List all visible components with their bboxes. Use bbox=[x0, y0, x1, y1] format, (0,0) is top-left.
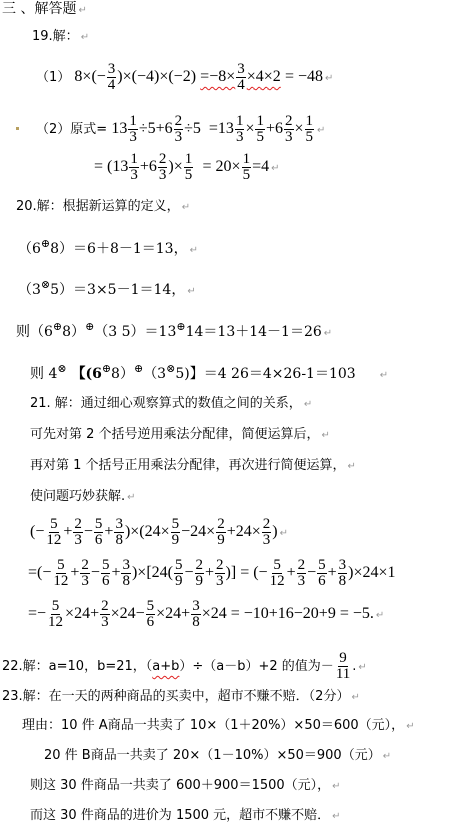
q21-label-text: 21. 解：通过细心观察算式的数值之间的关系， bbox=[30, 396, 302, 411]
section-title: 三 、解答题↵ bbox=[2, 1, 87, 19]
denominator: 3 bbox=[174, 130, 184, 145]
circled-plus-icon: ⊕ bbox=[85, 320, 94, 333]
math-text: = (13 bbox=[94, 158, 128, 175]
denominator: 5 bbox=[255, 130, 265, 145]
q20-label: 20.解：根据新运算的定义，↵ bbox=[16, 199, 190, 216]
circled-times-icon: ⊗ bbox=[41, 278, 50, 291]
math-text: × bbox=[245, 120, 254, 137]
spellcheck-underlined-expression: =−8×34×4×2 bbox=[200, 70, 281, 85]
part-label: （1） bbox=[36, 70, 70, 85]
math-text: 6 bbox=[165, 120, 173, 137]
fraction: 23 bbox=[174, 114, 184, 145]
math-text: )×(−4)×(−2) bbox=[117, 68, 196, 85]
denominator: 3 bbox=[129, 168, 139, 183]
q21-equation-3: =−512×24+23×24−56×24+38×24 = −10+16−20+9… bbox=[28, 597, 384, 633]
q23-line5-text: 而这 30 件商品的进价为 1500 元，超市不赚不赔． bbox=[30, 808, 330, 823]
paragraph-mark-icon: ↵ bbox=[317, 125, 325, 136]
circled-plus-icon: ⊕ bbox=[102, 362, 111, 375]
circled-plus-icon: ⊕ bbox=[41, 237, 50, 250]
numerator: 1 bbox=[128, 114, 138, 130]
section-title-text: 三 、解答题 bbox=[2, 1, 76, 17]
math-text: （3 bbox=[143, 366, 166, 382]
denominator: 4 bbox=[107, 78, 117, 93]
paragraph-mark-icon: ↵ bbox=[406, 721, 414, 732]
math-text: +6 bbox=[266, 120, 283, 137]
math-text: 8） bbox=[111, 366, 134, 382]
numerator: 3 bbox=[236, 62, 246, 78]
q23-line3-text: 20 件 B商品一共卖了 20×（1－10%）×50＝900（元） bbox=[44, 748, 381, 763]
denominator: 11 bbox=[335, 667, 351, 682]
q20-label-text: 20.解：根据新运算的定义， bbox=[16, 199, 180, 214]
circled-times-icon: ⊗ bbox=[166, 362, 175, 375]
math-text: 【(6 bbox=[67, 366, 102, 382]
denominator: 4 bbox=[236, 78, 246, 93]
q23-line5: 而这 30 件商品的进价为 1500 元，超市不赚不赔．↵ bbox=[30, 808, 341, 825]
paragraph-mark-icon: ↵ bbox=[81, 32, 89, 43]
paragraph-mark-icon: ↵ bbox=[187, 286, 195, 297]
fraction: 15 bbox=[184, 152, 194, 183]
denominator: 3 bbox=[158, 168, 168, 183]
denominator: 3 bbox=[128, 130, 138, 145]
numerator: 1 bbox=[184, 152, 194, 168]
part-label: （2）原式= bbox=[36, 122, 107, 137]
q21-line3-text: 再对第 1 个括号正用乘法分配律，再次进行简便运算， bbox=[30, 458, 346, 473]
math-text: 8） bbox=[62, 324, 85, 340]
math-text: 8×(− bbox=[74, 68, 105, 85]
fraction: 13 bbox=[129, 152, 139, 183]
spellcheck-underlined-text: a+b bbox=[152, 659, 179, 674]
q23-label-text: 23.解：在一天的两种商品的买卖中，超市不赚不赔．（2分） bbox=[2, 689, 349, 704]
paragraph-mark-icon: ↵ bbox=[348, 461, 356, 472]
q20-line4: 则 4⊗ 【(6⊕8）⊕（3⊗5)】＝4 26＝4×26-1＝103↵ bbox=[30, 361, 388, 384]
circled-plus-icon: ⊕ bbox=[176, 320, 185, 333]
circled-times-icon: ⊗ bbox=[57, 362, 66, 375]
numerator: 2 bbox=[284, 114, 294, 130]
paragraph-mark-icon: ↵ bbox=[376, 610, 384, 621]
math-text: 13 bbox=[111, 120, 127, 137]
fraction: 13 bbox=[235, 114, 245, 145]
circled-plus-icon: ⊕ bbox=[134, 362, 143, 375]
denominator: 3 bbox=[284, 130, 294, 145]
paragraph-mark-icon: ↵ bbox=[380, 370, 388, 381]
paragraph-mark-icon: ↵ bbox=[271, 163, 279, 174]
numerator: 2 bbox=[174, 114, 184, 130]
paragraph-mark-icon: ↵ bbox=[182, 202, 190, 213]
paragraph-mark-icon: ↵ bbox=[351, 692, 359, 703]
math-text: （3 bbox=[18, 282, 41, 298]
paragraph-mark-icon: ↵ bbox=[383, 751, 391, 762]
denominator: 5 bbox=[305, 130, 315, 145]
math-text: 5）＝3×5－1＝14， bbox=[50, 282, 185, 298]
numerator: 1 bbox=[242, 152, 252, 168]
math-text: =−8× bbox=[200, 68, 235, 85]
q21-line2-text: 可先对第 2 个括号逆用乘法分配律，简便运算后， bbox=[30, 427, 320, 442]
q23-line2: 理由：10 件 A商品一共卖了 10×（1＋20%）×50＝600（元），↵ bbox=[22, 718, 415, 735]
denominator: 5 bbox=[184, 168, 194, 183]
bullet-dot bbox=[16, 127, 19, 130]
q23-line2-text: 理由：10 件 A商品一共卖了 10×（1＋20%）×50＝600（元）， bbox=[22, 718, 404, 733]
q20-line1: （6⊕8）＝6＋8－1＝13，↵ bbox=[18, 236, 198, 259]
math-text: ×4×2 bbox=[247, 68, 281, 85]
q20-line2: （3⊗5）＝3×5－1＝14，↵ bbox=[18, 277, 196, 300]
fraction: 15 bbox=[255, 114, 265, 145]
q22-text: 22.解：a=10，b=21，（ bbox=[2, 659, 152, 674]
fraction: 911 bbox=[335, 651, 351, 682]
paragraph-mark-icon: ↵ bbox=[332, 781, 340, 792]
fraction: 23 bbox=[158, 152, 168, 183]
q19-label: 19.解：↵ bbox=[32, 29, 89, 46]
math-text: ÷5+ bbox=[139, 120, 165, 137]
math-text: （6 bbox=[18, 241, 41, 257]
paragraph-mark-icon: ↵ bbox=[324, 328, 332, 339]
q23-line4-text: 则这 30 件商品一共卖了 600＋900＝1500（元）， bbox=[30, 778, 330, 793]
q22-line: 22.解：a=10，b=21，（a+b）÷（a－b）+2 的值为－911.↵ bbox=[2, 650, 367, 685]
q21-line2: 可先对第 2 个括号逆用乘法分配律，简便运算后，↵ bbox=[30, 427, 330, 444]
denominator: 5 bbox=[242, 168, 252, 183]
fraction: 15 bbox=[242, 152, 252, 183]
q20-line3: 则（6⊕8）⊕（3 5）＝13⊕14＝13＋14－1＝26↵ bbox=[16, 319, 332, 342]
math-text: （3 5）＝13 bbox=[94, 324, 176, 340]
q21-line3: 再对第 1 个括号正用乘法分配律，再次进行简便运算，↵ bbox=[30, 458, 356, 475]
math-text: +6 bbox=[140, 158, 157, 175]
math-text: 14＝13＋14－1＝26 bbox=[186, 324, 322, 340]
q22-text: ）÷（a－b）+2 的值为－ bbox=[179, 659, 333, 674]
q19-part2-line1: （2）原式= 1313÷5+623÷5 =1313×15+623×15↵ bbox=[36, 112, 325, 148]
paragraph-mark-icon: ↵ bbox=[127, 492, 135, 503]
math-text: × bbox=[295, 120, 304, 137]
q21-label: 21. 解：通过细心观察算式的数值之间的关系，↵ bbox=[30, 396, 312, 413]
math-text: 5)】＝4 26＝4×26-1＝103 bbox=[175, 366, 355, 382]
paragraph-mark-icon: ↵ bbox=[78, 5, 86, 16]
q19-label-text: 19.解： bbox=[32, 29, 79, 44]
math-text: 则（6 bbox=[16, 324, 53, 340]
math-text: 8）＝6＋8－1＝13， bbox=[50, 241, 187, 257]
q23-line3: 20 件 B商品一共卖了 20×（1－10%）×50＝900（元）↵ bbox=[44, 748, 391, 765]
paragraph-mark-icon: ↵ bbox=[280, 528, 288, 539]
paragraph-mark-icon: ↵ bbox=[304, 399, 312, 410]
numerator: 1 bbox=[235, 114, 245, 130]
q23-label: 23.解：在一天的两种商品的买卖中，超市不赚不赔．（2分）↵ bbox=[2, 689, 360, 706]
numerator: 1 bbox=[305, 114, 315, 130]
q23-line4: 则这 30 件商品一共卖了 600＋900＝1500（元），↵ bbox=[30, 778, 341, 795]
q19-part2-line2: = (1313+623)×15 = 20×15=4↵ bbox=[94, 150, 279, 186]
paragraph-mark-icon: ↵ bbox=[358, 662, 366, 673]
fraction: 34 bbox=[107, 62, 117, 93]
fraction: 13 bbox=[128, 114, 138, 145]
q21-equation-2: =(−512+23−56+38)×[24(59−29+23)] = (−512+… bbox=[28, 556, 396, 590]
result: = −48 bbox=[285, 68, 323, 85]
q19-part1: （1） 8×(−34)×(−4)×(−2) =−8×34×4×2 = −48↵ bbox=[36, 60, 333, 96]
q21-line4: 使问题巧妙获解.↵ bbox=[30, 489, 136, 506]
math-text: ÷5 =13 bbox=[184, 120, 234, 137]
q21-line4-text: 使问题巧妙获解. bbox=[30, 489, 125, 504]
paragraph-mark-icon: ↵ bbox=[190, 245, 198, 256]
math-text: = 20× bbox=[203, 158, 241, 175]
fraction: 34 bbox=[236, 62, 246, 93]
numerator: 9 bbox=[338, 651, 348, 667]
q22-text: . bbox=[352, 659, 356, 674]
paragraph-mark-icon: ↵ bbox=[325, 73, 333, 84]
math-text: =4 bbox=[252, 158, 269, 175]
math-text: )× bbox=[168, 158, 182, 175]
denominator: 3 bbox=[235, 130, 245, 145]
fraction: 23 bbox=[284, 114, 294, 145]
numerator: 1 bbox=[255, 114, 265, 130]
numerator: 1 bbox=[129, 152, 139, 168]
paragraph-mark-icon: ↵ bbox=[322, 430, 330, 441]
circled-plus-icon: ⊕ bbox=[53, 320, 62, 333]
numerator: 2 bbox=[158, 152, 168, 168]
q21-equation-1: (−512+23−56+38)×(24×59−24×29+24×23)↵ (−5… bbox=[30, 515, 288, 551]
paragraph-mark-icon: ↵ bbox=[332, 811, 340, 822]
numerator: 3 bbox=[107, 62, 117, 78]
fraction: 15 bbox=[305, 114, 315, 145]
math-text: 则 4 bbox=[30, 366, 57, 382]
